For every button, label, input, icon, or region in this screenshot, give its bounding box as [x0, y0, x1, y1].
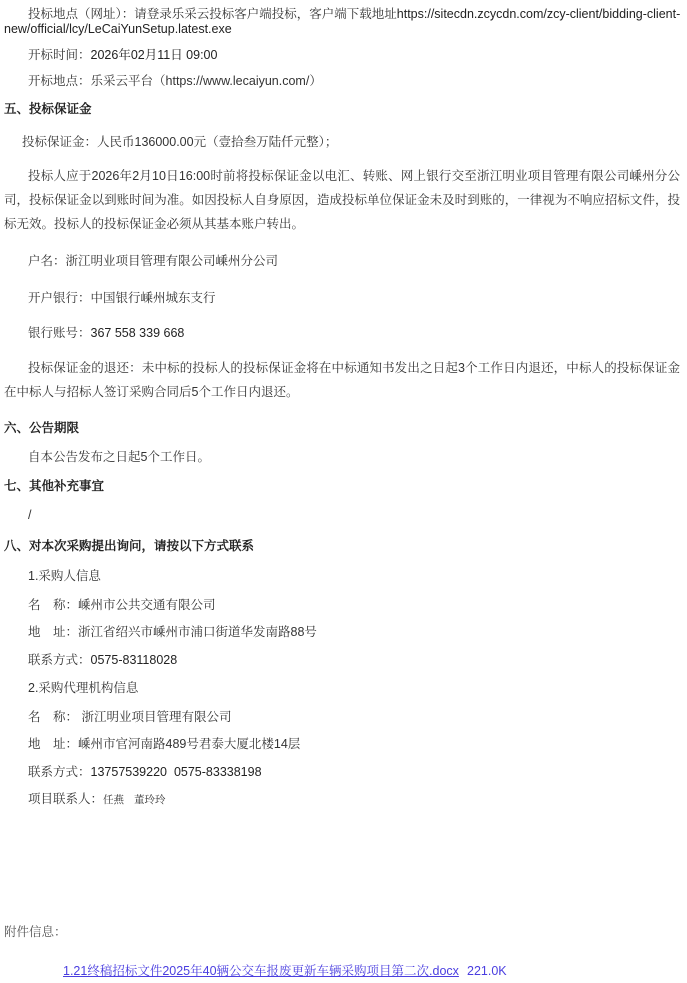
- purchaser-contact: 联系方式：0575-83118028: [28, 652, 177, 668]
- agency-address: 地 址：嵊州市官河南路489号君泰大厦北楼14层: [28, 736, 300, 752]
- account-number: 银行账号：367 558 339 668: [28, 325, 184, 341]
- opening-time-value: 2026年02月11日 09:00: [91, 48, 218, 62]
- client-download-url: https://sitecdn.zcycdn.com/zcy-client/bi…: [397, 7, 680, 21]
- purchaser-name-label: 名 称：: [28, 598, 78, 612]
- section-7-heading: 七、其他补充事宜: [4, 478, 104, 494]
- agency-name-value: 浙江明业项目管理有限公司: [82, 710, 232, 724]
- bank-name: 开户银行：中国银行嵊州城东支行: [28, 290, 216, 306]
- project-contact-2: 董玲玲: [134, 794, 166, 806]
- bid-location-line2: new/official/lcy/LeCaiYunSetup.latest.ex…: [4, 21, 232, 37]
- purchaser-info-title: 1.采购人信息: [28, 568, 101, 584]
- attachments-label: 附件信息：: [4, 924, 67, 940]
- opening-location: 开标地点：乐采云平台（https://www.lecaiyun.com/）: [28, 73, 322, 89]
- attachment-size: 221.0K: [467, 963, 507, 979]
- agency-address-label: 地 址：: [28, 737, 78, 751]
- agency-info-title: 2.采购代理机构信息: [28, 680, 138, 696]
- section-5-heading: 五、投标保证金: [4, 101, 92, 117]
- agency-name-label: 名 称：: [28, 710, 78, 724]
- project-contacts: 项目联系人：任燕董玲玲: [28, 791, 166, 808]
- agency-contact: 联系方式：13757539220 0575-83338198: [28, 764, 262, 780]
- agency-contact-mobile: 13757539220: [91, 765, 167, 779]
- purchaser-address: 地 址：浙江省绍兴市嵊州市浦口街道华发南路88号: [28, 624, 317, 640]
- opening-location-label: 开标地点：: [28, 74, 91, 88]
- purchaser-address-value: 浙江省绍兴市嵊州市浦口街道华发南路88号: [78, 625, 317, 639]
- agency-contact-phone: 0575-83338198: [174, 765, 262, 779]
- account-name-value: 浙江明业项目管理有限公司嵊州分公司: [66, 254, 279, 268]
- attachment-link[interactable]: 1.21终稿招标文件2025年40辆公交车报废更新车辆采购项目第二次.docx: [63, 963, 459, 979]
- deposit-amount: 投标保证金：人民币136000.00元（壹拾叁万陆仟元整）；: [22, 134, 337, 150]
- announcement-period: 自本公告发布之日起5个工作日。: [28, 449, 210, 465]
- bid-location-label: 投标地点（网址）：: [28, 7, 134, 21]
- opening-location-value: 乐采云平台（https://www.lecaiyun.com/）: [91, 74, 322, 88]
- agency-name: 名 称： 浙江明业项目管理有限公司: [28, 709, 232, 725]
- agency-contact-label: 联系方式：: [28, 765, 91, 779]
- bank-value: 中国银行嵊州城东支行: [91, 291, 216, 305]
- project-contact-label: 项目联系人：: [28, 792, 103, 806]
- opening-time-label: 开标时间：: [28, 48, 91, 62]
- bid-location-line1: 投标地点（网址）：请登录乐采云投标客户端投标，客户端下载地址https://si…: [28, 6, 680, 22]
- opening-time: 开标时间：2026年02月11日 09:00: [28, 47, 217, 63]
- account-name: 户名：浙江明业项目管理有限公司嵊州分公司: [28, 253, 278, 269]
- other-matters: /: [28, 507, 31, 523]
- project-contact-1: 任燕: [103, 794, 124, 806]
- account-number-value: 367 558 339 668: [91, 326, 185, 340]
- deposit-refund: 投标保证金的退还：未中标的投标人的投标保证金将在中标通知书发出之日起3个工作日内…: [4, 356, 680, 404]
- bid-location-text: 请登录乐采云投标客户端投标，客户端下载地址: [134, 7, 397, 21]
- purchaser-address-label: 地 址：: [28, 625, 78, 639]
- account-name-label: 户名：: [28, 254, 66, 268]
- agency-address-value: 嵊州市官河南路489号君泰大厦北楼14层: [78, 737, 300, 751]
- purchaser-name: 名 称：嵊州市公共交通有限公司: [28, 597, 216, 613]
- purchaser-name-value: 嵊州市公共交通有限公司: [78, 598, 216, 612]
- section-8-heading: 八、对本次采购提出询问，请按以下方式联系: [4, 538, 254, 554]
- account-number-label: 银行账号：: [28, 326, 91, 340]
- purchaser-contact-value: 0575-83118028: [91, 653, 178, 667]
- deposit-instructions: 投标人应于2026年2月10日16:00时前将投标保证金以电汇、转账、网上银行交…: [4, 164, 680, 236]
- purchaser-contact-label: 联系方式：: [28, 653, 91, 667]
- bank-label: 开户银行：: [28, 291, 91, 305]
- section-6-heading: 六、公告期限: [4, 420, 79, 436]
